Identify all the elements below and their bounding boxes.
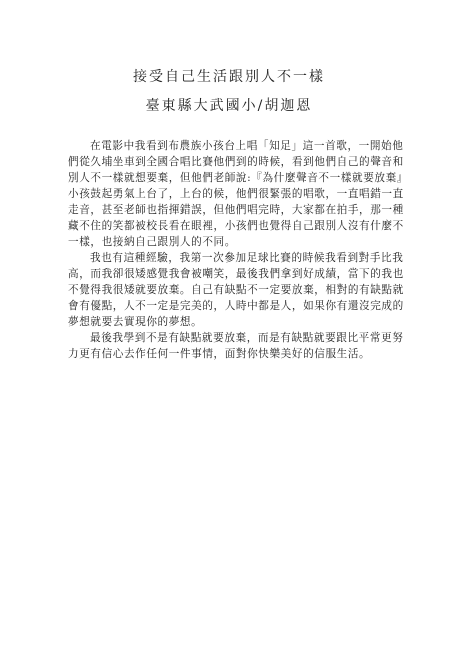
paragraph-3: 最後我學到不是有缺點就要放棄，而是有缺點就要跟比平常更努 力更有信心去作任何一件… <box>68 330 392 362</box>
document-title: 接受自己生活跟別人不一樣 <box>0 66 458 86</box>
text-line: 會有優點，人不一定是完美的，人時中都是人，如果你有還沒完成的 <box>68 298 392 314</box>
text-line: 最後我學到不是有缺點就要放棄，而是有缺點就要跟比平常更努 <box>68 330 392 346</box>
text-line: 力更有信心去作任何一件事情，面對你快樂美好的信服生活。 <box>68 346 392 362</box>
text-line: 小孩鼓起勇氣上台了，上台的候，他們很緊張的唱歌，一直唱錯一直 <box>68 186 392 202</box>
paragraph-1: 在電影中我看到布農族小孩台上唱「知足」這一首歌，一開始他 們從久埔坐車到全國合唱… <box>68 138 392 250</box>
text-line: 一樣，也接納自己跟別人的不同。 <box>68 234 392 250</box>
author-line: 臺東縣大武國小/胡迦恩 <box>0 95 458 115</box>
text-line: 們從久埔坐車到全國合唱比賽他們到的時候，看到他們自己的聲音和 <box>68 154 392 170</box>
text-line: 我也有這種經驗，我第一次參加足球比賽的時候我看到對手比我 <box>68 250 392 266</box>
text-line: 高，而我卻很矮感覺我會被嘲笑，最後我們拿到好成績，當下的我也 <box>68 266 392 282</box>
text-line: 別人不一樣就想要棄，但他們老師說:『為什麼聲音不一樣就要放棄』 <box>68 170 392 186</box>
text-line: 藏不住的笑都被校長看在眼裡，小孩們也覺得自己跟別人沒有什麼不 <box>68 218 392 234</box>
text-line: 不覺得我很矮就要放棄。自己有缺點不一定要放棄，相對的有缺點就 <box>68 282 392 298</box>
document-body: 在電影中我看到布農族小孩台上唱「知足」這一首歌，一開始他 們從久埔坐車到全國合唱… <box>68 138 392 362</box>
paragraph-2: 我也有這種經驗，我第一次參加足球比賽的時候我看到對手比我 高，而我卻很矮感覺我會… <box>68 250 392 330</box>
text-line: 夢想就要去實現你的夢想。 <box>68 314 392 330</box>
text-line: 走音，甚至老師也指揮錯誤，但他們唱完時，大家都在拍手，那一種 <box>68 202 392 218</box>
text-line: 在電影中我看到布農族小孩台上唱「知足」這一首歌，一開始他 <box>68 138 392 154</box>
